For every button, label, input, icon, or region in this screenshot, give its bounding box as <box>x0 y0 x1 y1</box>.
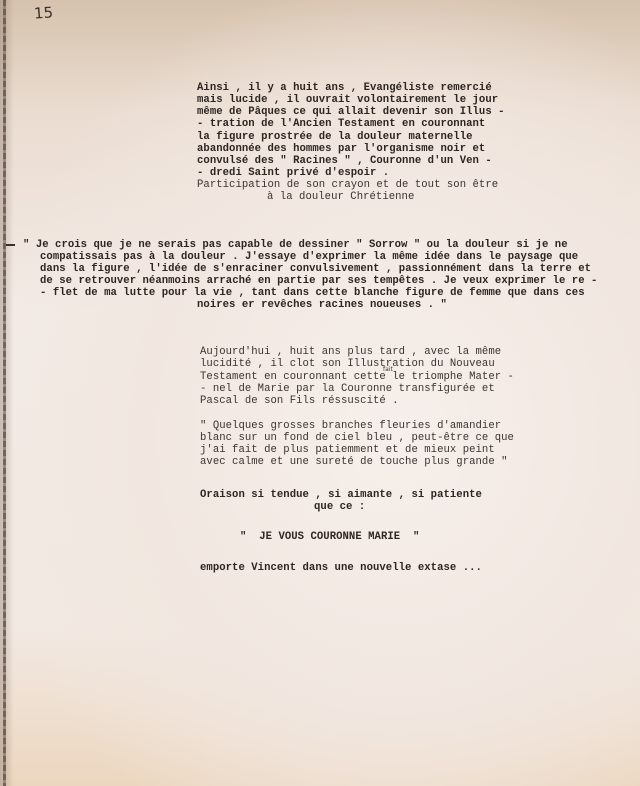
text-line: - dredi Saint privé d'espoir . <box>197 167 389 179</box>
text-line: Oraison si tendue , si aimante , si pati… <box>200 489 482 501</box>
text-line: avec calme et une sureté de touche plus … <box>200 456 508 468</box>
title-quote: " JE VOUS COURONNE MARIE " <box>240 531 419 543</box>
text-line: à la douleur Chrétienne <box>267 191 414 203</box>
binding-edge <box>3 0 6 786</box>
text-line: abandonnée des hommes par l'organisme no… <box>197 143 485 155</box>
text-line: Testament en couronnant cette le triomph… <box>200 371 514 383</box>
text-line: Ainsi , il y a huit ans , Evangéliste re… <box>197 82 492 94</box>
text-line: " Je crois que je ne serais pas capable … <box>23 239 568 251</box>
text-line: dans la figure , l'idée de s'enraciner c… <box>40 263 591 275</box>
closing-line: emporte Vincent dans une nouvelle extase… <box>200 562 482 574</box>
text-line: blanc sur un fond de ciel bleu , peut-êt… <box>200 432 514 444</box>
text-line: lucidité , il clot son Illustration du N… <box>200 358 495 370</box>
page-number: 15 <box>33 3 53 22</box>
text-line: même de Pâques ce qui allait devenir son… <box>197 106 505 118</box>
margin-dash-mark <box>6 244 15 246</box>
text-line: - flet de ma lutte pour la vie , tant da… <box>40 287 585 299</box>
text-line: - nel de Marie par la Couronne transfigu… <box>200 383 495 395</box>
text-line: j'ai fait de plus patiemment et de mieux… <box>200 444 495 456</box>
text-line: Participation de son crayon et de tout s… <box>197 179 498 191</box>
text-line: compatissais pas à la douleur . J'essaye… <box>40 251 578 263</box>
text-line: mais lucide , il ouvrait volontairement … <box>197 94 498 106</box>
text-line: " Quelques grosses branches fleuries d'a… <box>200 420 501 432</box>
text-line: convulsé des " Racines " , Couronne d'un… <box>197 155 492 167</box>
text-line: noires er revêches racines noueuses . " <box>197 299 447 311</box>
text-line: - tration de l'Ancien Testament en couro… <box>197 118 485 130</box>
text-line: Pascal de son Fils réssuscité . <box>200 395 399 407</box>
text-line: que ce : <box>314 501 365 513</box>
text-line: Aujourd'hui , huit ans plus tard , avec … <box>200 346 501 358</box>
text-line: la figure prostrée de la douleur materne… <box>197 131 473 143</box>
text-line: de se retrouver néanmoins arraché en par… <box>40 275 597 287</box>
